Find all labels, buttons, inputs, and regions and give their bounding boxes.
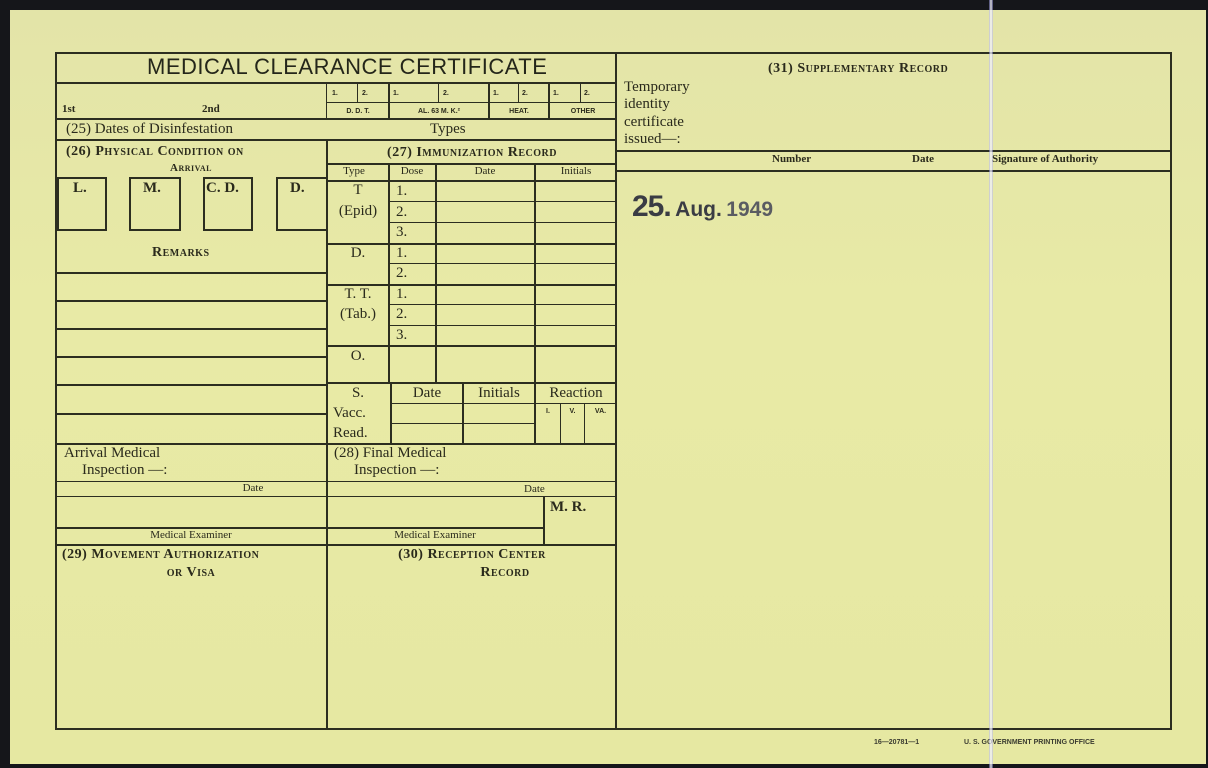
imm-type-tab: (Tab.) [328, 307, 388, 322]
supp-col-signature: Signature of Authority [992, 154, 1098, 165]
temp-id-line-4: issued—: [624, 132, 681, 147]
remarks-line[interactable] [57, 384, 326, 386]
form-title: MEDICAL CLEARANCE CERTIFICATE [147, 56, 547, 78]
stamp-day: 25. [632, 190, 671, 223]
imm-dose: 2. [396, 266, 407, 281]
imm-type-tt: T. T. [328, 287, 388, 302]
imm-dose: 3. [396, 225, 407, 240]
reaction-va: VA. [585, 408, 616, 415]
disinfestation-label: (25) Dates of Disinfestation [66, 122, 233, 137]
reception-center-label-2: Record [360, 566, 650, 580]
smallpox-reaction-header: Reaction [536, 386, 616, 401]
type-ddt: D. D. T. [328, 108, 388, 115]
final-inspection-label: (28) Final Medical [334, 446, 446, 461]
al-dose-1: 1. [393, 90, 399, 97]
remarks-line[interactable] [57, 413, 326, 415]
remarks-label: Remarks [152, 246, 210, 260]
first-date-label: 1st [62, 104, 75, 115]
ddt-dose-2: 2. [362, 90, 368, 97]
imm-header-type: Type [328, 166, 380, 177]
date-stamp: 25. Aug. 1949 [632, 192, 773, 222]
smallpox-vacc: Vacc. [333, 406, 366, 421]
imm-dose: 1. [396, 287, 407, 302]
arrival-date-label: Date [56, 483, 450, 494]
mr-label: M. R. [550, 500, 586, 515]
heat-dose-1: 1. [493, 90, 499, 97]
imm-type-t: T [328, 183, 388, 198]
condition-box-d-label: D. [290, 181, 305, 196]
type-other: OTHER [550, 108, 616, 115]
temp-id-line-2: identity [624, 97, 670, 112]
other-dose-2: 2. [584, 90, 590, 97]
smallpox-date-header: Date [392, 386, 462, 401]
imm-type-d: D. [328, 246, 388, 261]
imm-type-epid: (Epid) [328, 204, 388, 219]
imm-dose: 3. [396, 328, 407, 343]
stamp-year: 1949 [726, 198, 773, 221]
imm-header-date: Date [436, 166, 534, 177]
imm-dose: 2. [396, 307, 407, 322]
supp-col-date: Date [912, 154, 934, 165]
smallpox-type: S. [328, 386, 388, 401]
type-heat: HEAT. [490, 108, 548, 115]
reaction-v: V. [561, 408, 584, 415]
final-inspection-label-2: Inspection —: [354, 463, 439, 478]
imm-dose: 2. [396, 205, 407, 220]
arrival-inspection-label: Arrival Medical [64, 446, 160, 461]
condition-box-cd-label: C. D. [206, 181, 239, 196]
condition-box-m-label: M. [143, 181, 161, 196]
final-date-label: Date [524, 484, 545, 495]
remarks-line[interactable] [57, 300, 326, 302]
smallpox-initials-header: Initials [464, 386, 534, 401]
immunization-label: (27) Immunization Record [328, 146, 616, 160]
imm-dose: 1. [396, 184, 407, 199]
temp-id-line-3: certificate [624, 115, 684, 130]
other-dose-1: 1. [553, 90, 559, 97]
arrival-inspection-label-2: Inspection —: [82, 463, 167, 478]
stamp-month: Aug. [675, 198, 722, 221]
ddt-dose-1: 1. [332, 90, 338, 97]
type-al63mk: AL. 63 M. K.² [390, 108, 488, 115]
temp-id-line-1: Temporary [624, 80, 690, 95]
imm-header-dose: Dose [390, 166, 434, 177]
supplementary-record-label: (31) Supplementary Record [768, 62, 948, 76]
condition-box-l-label: L. [73, 181, 87, 196]
supp-col-number: Number [772, 154, 811, 165]
smallpox-read: Read. [333, 426, 368, 441]
second-date-label: 2nd [202, 104, 220, 115]
movement-authorization-label-2: or Visa [56, 566, 326, 580]
movement-authorization-label: (29) Movement Authorization [62, 548, 259, 562]
reaction-i: I. [536, 408, 560, 415]
imm-dose: 1. [396, 246, 407, 261]
arrival-examiner-label: Medical Examiner [56, 530, 326, 541]
imm-type-o: O. [328, 349, 388, 364]
heat-dose-2: 2. [522, 90, 528, 97]
printer-imprint: U. S. GOVERNMENT PRINTING OFFICE [964, 739, 1095, 746]
scan-streak [989, 0, 993, 768]
al-dose-2: 2. [443, 90, 449, 97]
form-number: 16—20781—1 [874, 739, 919, 746]
remarks-line[interactable] [57, 356, 326, 358]
remarks-line[interactable] [57, 272, 326, 274]
disinfestation-types-label: Types [430, 122, 466, 137]
physical-condition-label: (26) Physical Condition on [66, 145, 244, 159]
final-examiner-label: Medical Examiner [328, 530, 542, 541]
remarks-line[interactable] [57, 328, 326, 330]
imm-header-initials: Initials [536, 166, 616, 177]
physical-condition-label-2: Arrival [56, 163, 326, 174]
reception-center-label: (30) Reception Center [328, 548, 616, 562]
